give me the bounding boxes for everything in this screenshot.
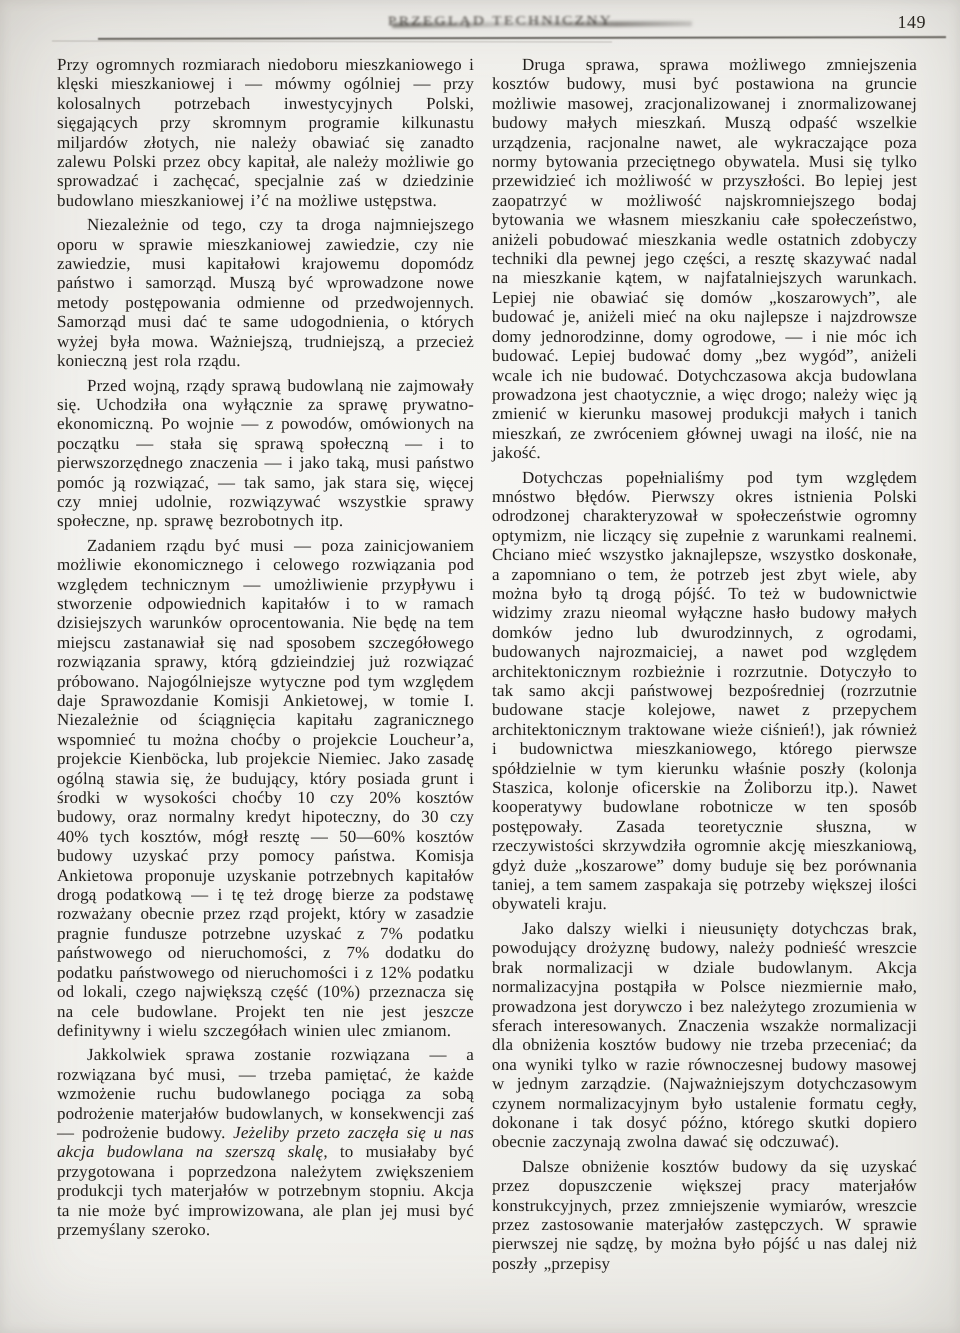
scanned-page: PRZEGLĄD TECHNICZNY 149 Przy ogromnych r…: [0, 0, 960, 1333]
paragraph: Przy ogromnych rozmiarach niedoboru mies…: [57, 55, 474, 210]
paragraph: Dalsze obniżenie kosztów budowy da się u…: [492, 1157, 917, 1273]
left-column: Przy ogromnych rozmiarach niedoboru mies…: [57, 55, 474, 1239]
text-run: Zadaniem rządu być musi — poza zainicjow…: [57, 536, 474, 1040]
paragraph: Dotychczas popełnialiśmy pod tym względe…: [492, 468, 917, 914]
paragraph: Przed wojną, rządy sprawą budowlaną nie …: [57, 376, 474, 531]
paragraph: Niezależnie od tego, czy ta droga najmni…: [57, 215, 474, 370]
text-run: Dalsze obniżenie kosztów budowy da się u…: [492, 1157, 917, 1273]
paragraph: Druga sprawa, sprawa możliwego zmniejsze…: [492, 55, 917, 463]
paragraph: Jako dalszy wielki i nieusunięty dotychc…: [492, 919, 917, 1152]
paragraph: Zadaniem rządu być musi — poza zainicjow…: [57, 536, 474, 1041]
header-rule-line-faint: [52, 41, 612, 43]
text-run: Niezależnie od tego, czy ta droga najmni…: [57, 215, 474, 370]
text-run: Druga sprawa, sprawa możliwego zmniejsze…: [492, 55, 917, 462]
text-run: Przed wojną, rządy sprawą budowlaną nie …: [57, 376, 474, 531]
paragraph: Jakkolwiek sprawa zostanie rozwiązana — …: [57, 1045, 474, 1239]
text-run: Przy ogromnych rozmiarach niedoboru mies…: [57, 55, 474, 210]
page-number: 149: [898, 12, 927, 33]
right-column: Druga sprawa, sprawa możliwego zmniejsze…: [492, 55, 917, 1273]
text-run: Dotychczas popełnialiśmy pod tym względe…: [492, 468, 917, 914]
header-rule-line: [98, 36, 946, 40]
text-run: Jako dalszy wielki i nieusunięty dotychc…: [492, 919, 917, 1151]
